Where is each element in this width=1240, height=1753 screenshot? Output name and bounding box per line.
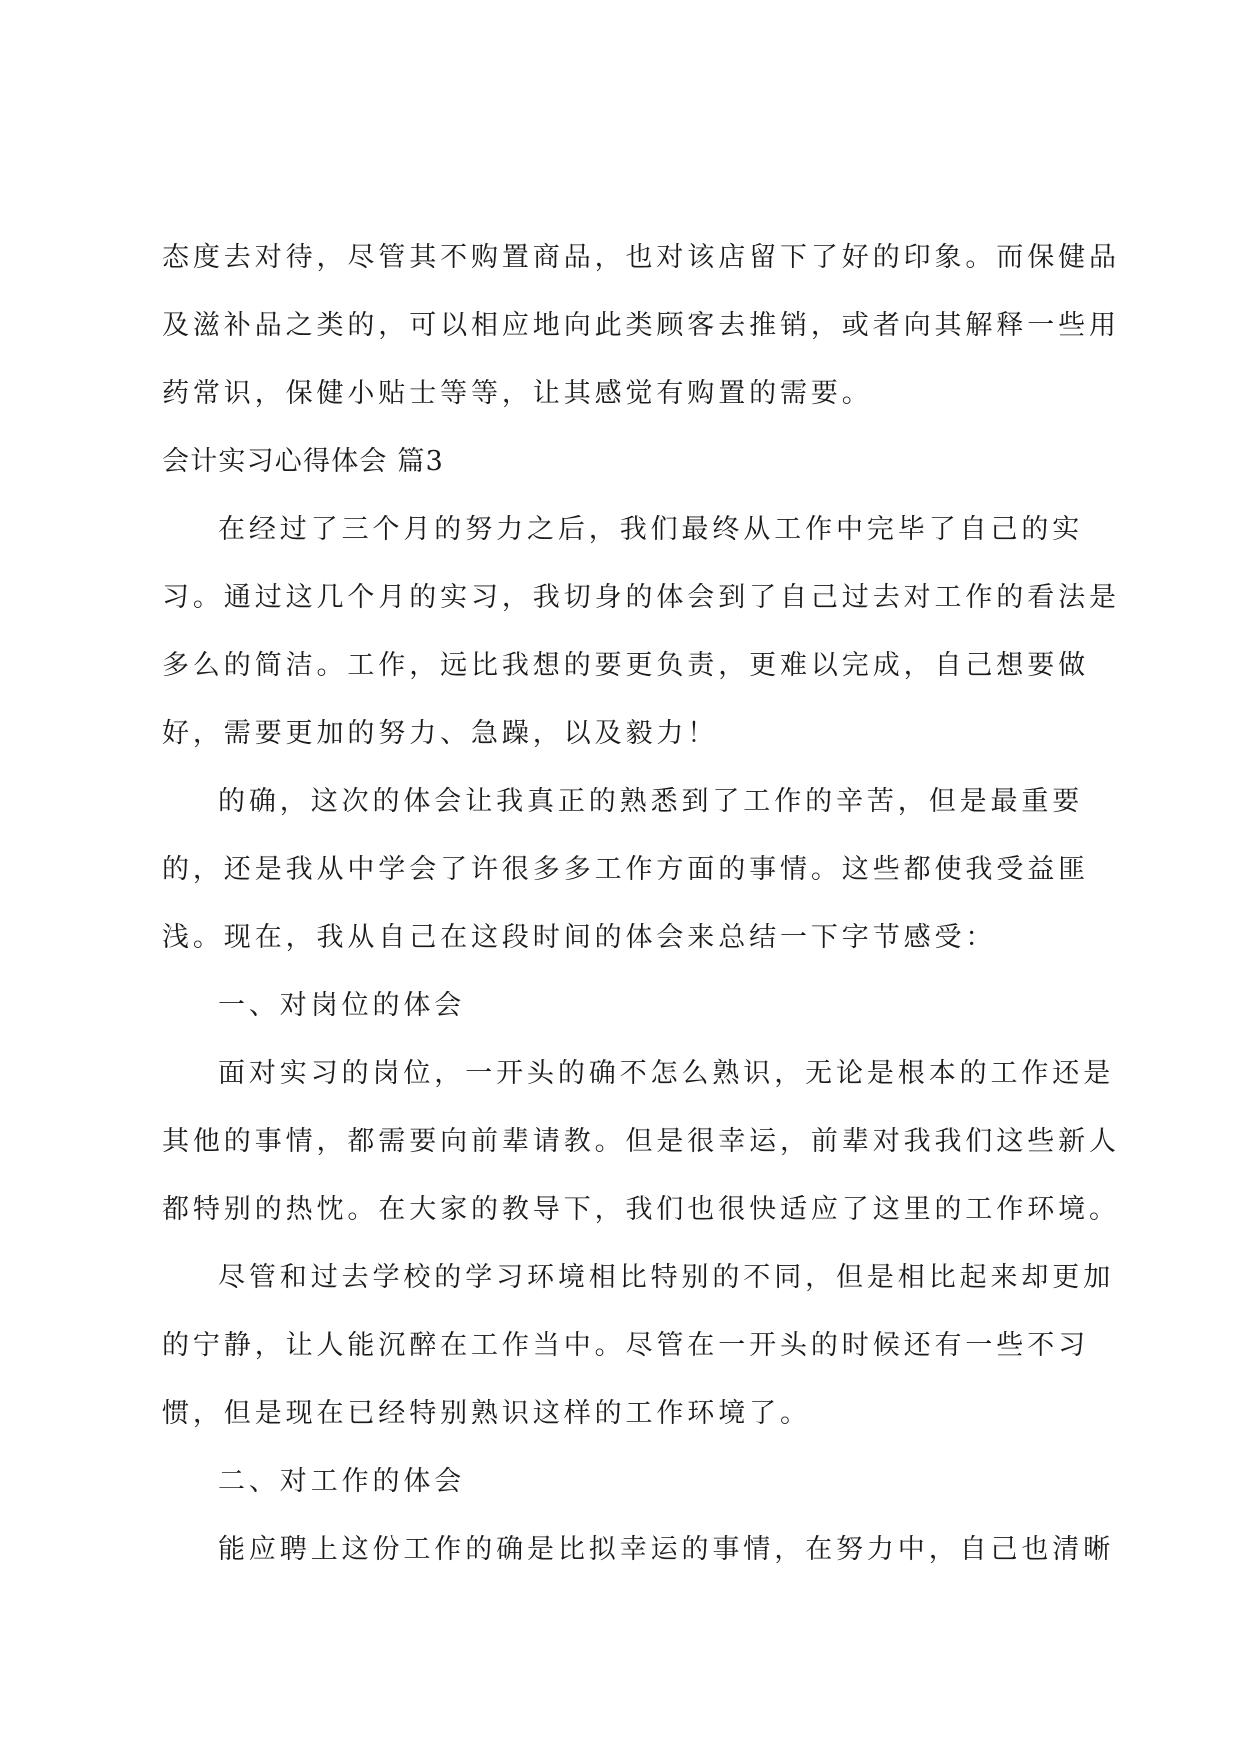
paragraph-line: 能应聘上这份工作的确是比拟幸运的事情，在努力中，自己也清晰 xyxy=(162,1516,1078,1584)
paragraph-line: 习。通过这几个月的实习，我切身的体会到了自己过去对工作的看法是 xyxy=(162,564,1078,632)
paragraph-line: 的确，这次的体会让我真正的熟悉到了工作的辛苦，但是最重要 xyxy=(162,768,1078,836)
text-line: 及滋补品之类的，可以相应地向此类顾客去推销，或者向其解释一些用 xyxy=(162,292,1078,360)
paragraph-line: 惯，但是现在已经特别熟识这样的工作环境了。 xyxy=(162,1380,1078,1448)
paragraph-line: 好，需要更加的努力、急躁，以及毅力！ xyxy=(162,700,1078,768)
paragraph-line: 浅。现在，我从自己在这段时间的体会来总结一下字节感受： xyxy=(162,904,1078,972)
document-page: 态度去对待，尽管其不购置商品，也对该店留下了好的印象。而保健品 及滋补品之类的，… xyxy=(162,224,1078,1584)
paragraph-line: 面对实习的岗位，一开头的确不怎么熟识，无论是根本的工作还是 xyxy=(162,1040,1078,1108)
subheading-work-experience: 二、对工作的体会 xyxy=(162,1448,1078,1516)
paragraph-line: 在经过了三个月的努力之后，我们最终从工作中完毕了自己的实 xyxy=(162,496,1078,564)
paragraph-line: 尽管和过去学校的学习环境相比特别的不同，但是相比起来却更加 xyxy=(162,1244,1078,1312)
paragraph-line: 的，还是我从中学会了许很多多工作方面的事情。这些都使我受益匪 xyxy=(162,836,1078,904)
text-line: 药常识，保健小贴士等等，让其感觉有购置的需要。 xyxy=(162,360,1078,428)
paragraph-line: 的宁静，让人能沉醉在工作当中。尽管在一开头的时候还有一些不习 xyxy=(162,1312,1078,1380)
paragraph-line: 其他的事情，都需要向前辈请教。但是很幸运，前辈对我我们这些新人 xyxy=(162,1108,1078,1176)
text-line: 态度去对待，尽管其不购置商品，也对该店留下了好的印象。而保健品 xyxy=(162,224,1078,292)
paragraph-line: 都特别的热忱。在大家的教导下，我们也很快适应了这里的工作环境。 xyxy=(162,1176,1078,1244)
section-title: 会计实习心得体会 篇3 xyxy=(162,428,1078,496)
paragraph-line: 多么的简洁。工作，远比我想的要更负责，更难以完成，自己想要做 xyxy=(162,632,1078,700)
subheading-post-experience: 一、对岗位的体会 xyxy=(162,972,1078,1040)
